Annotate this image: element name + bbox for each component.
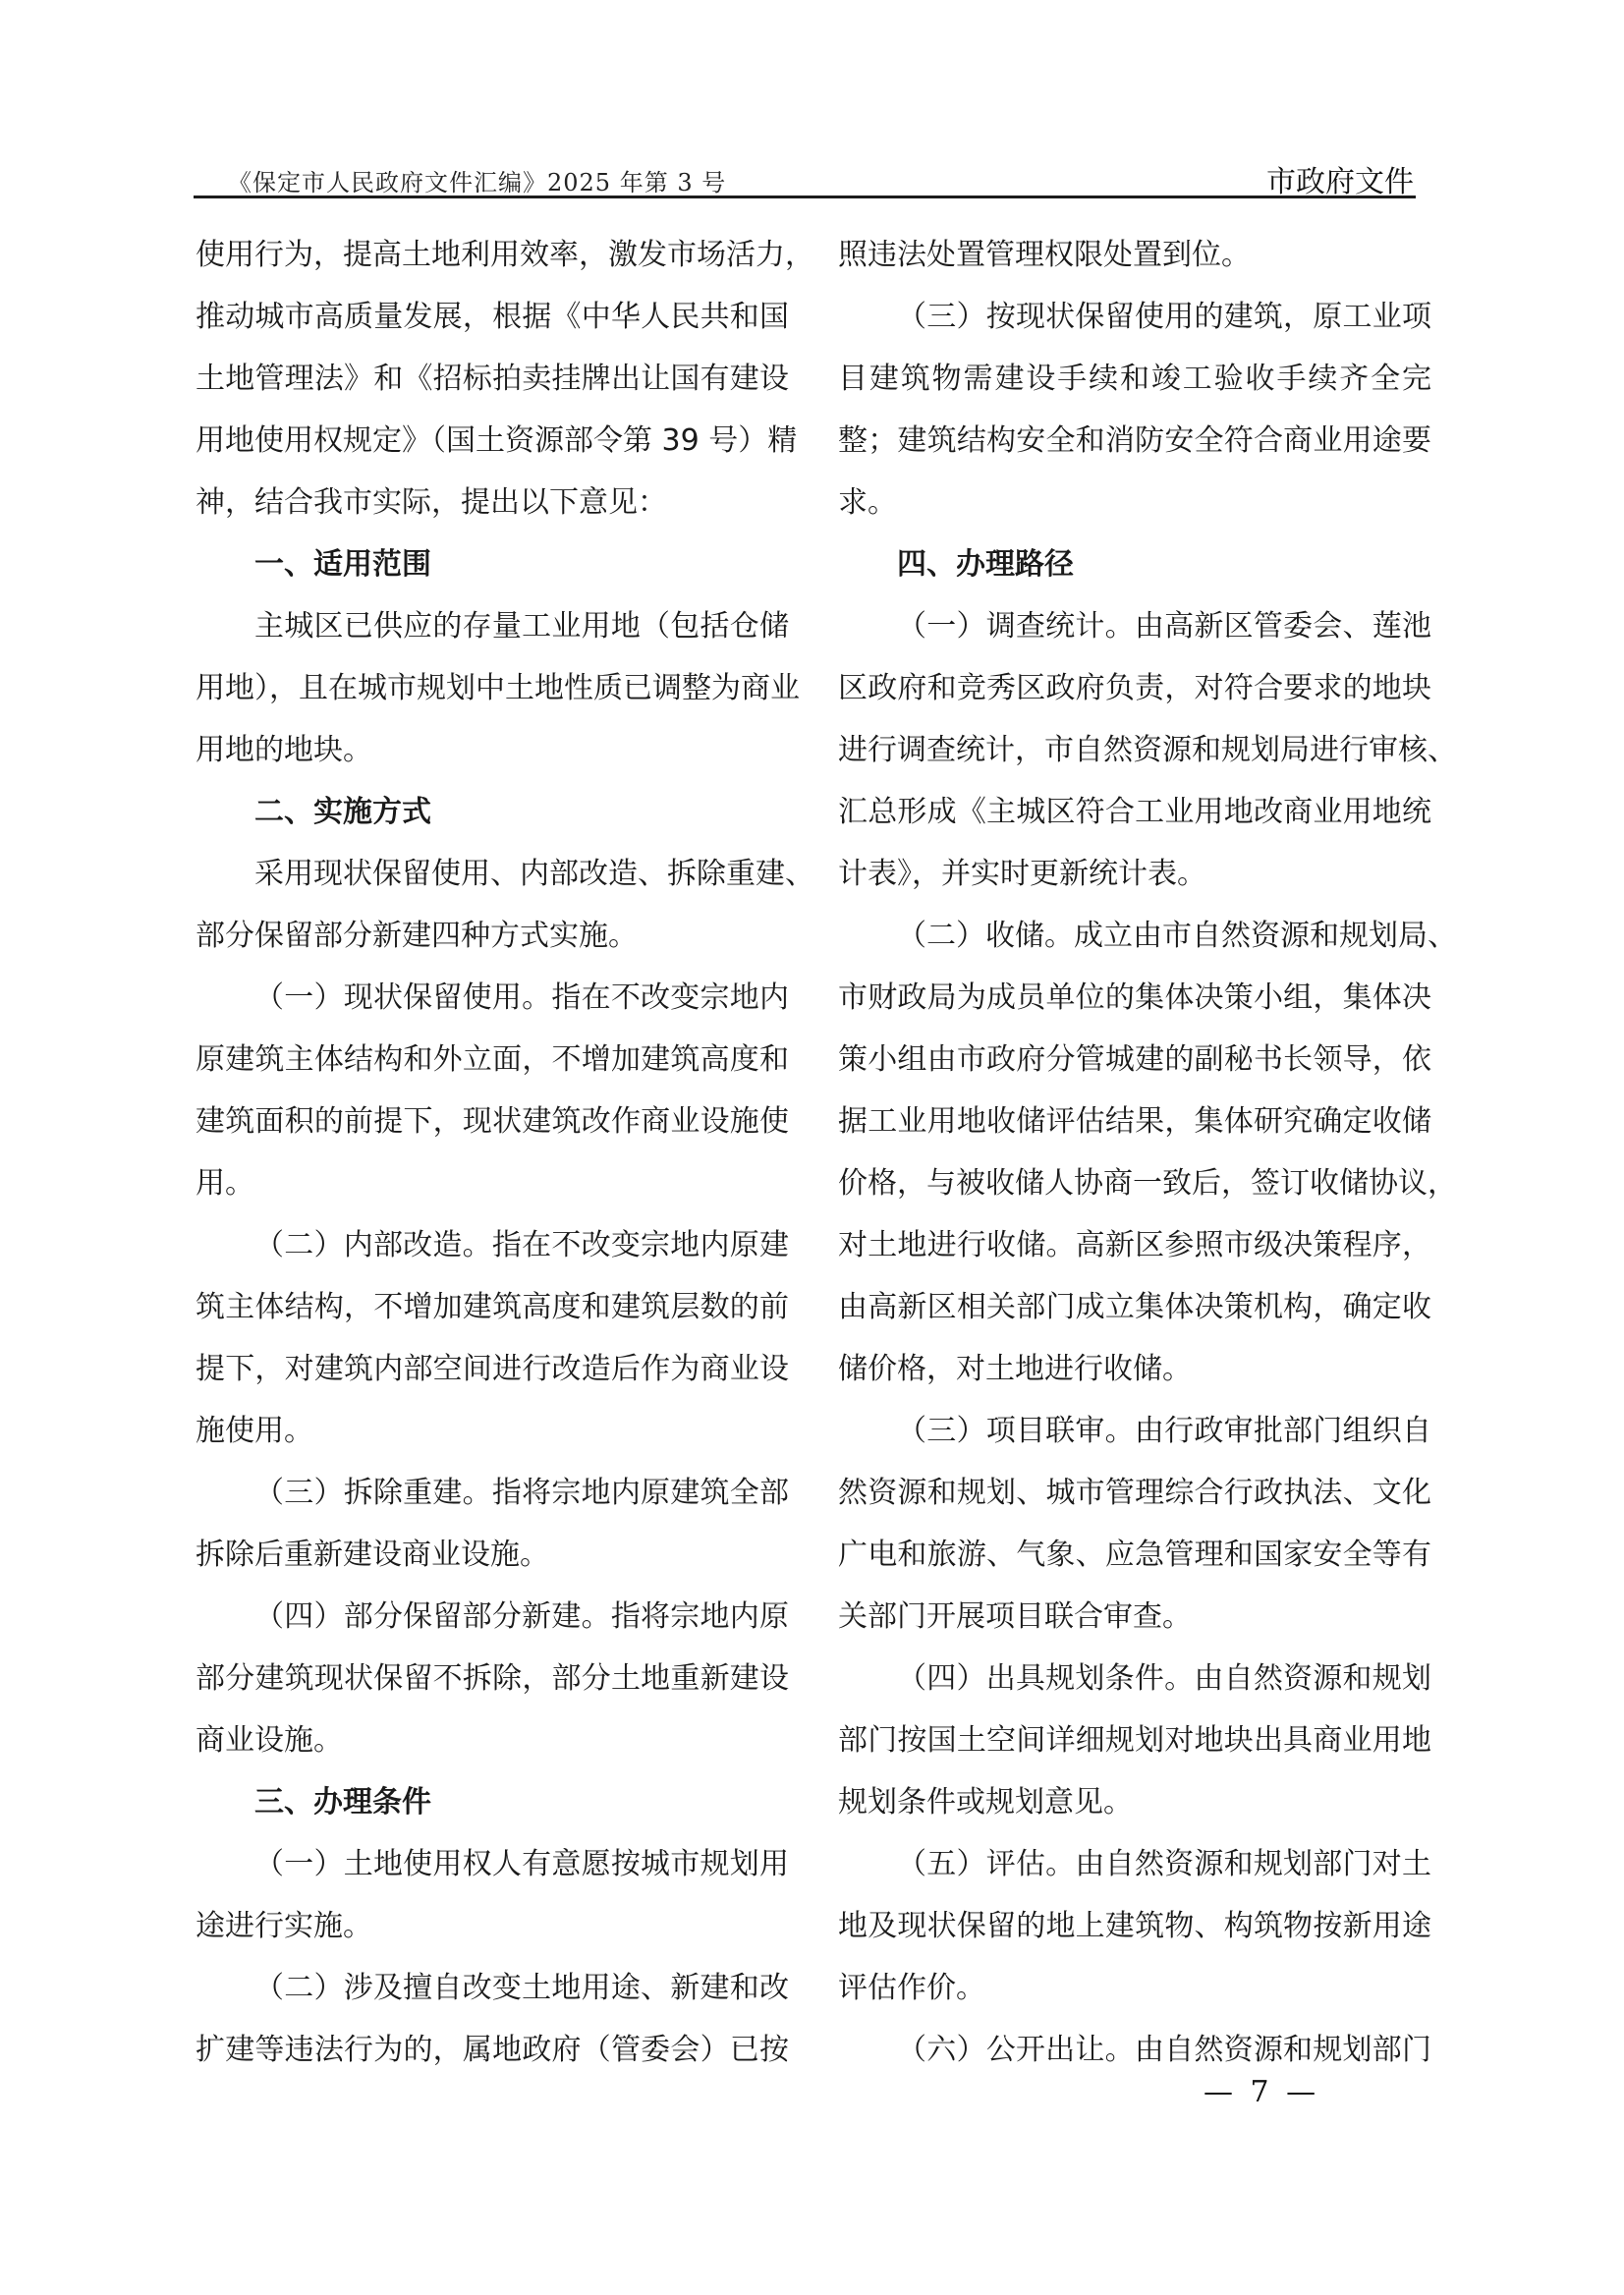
text-line: 策小组由市政府分管城建的副秘书长领导，依 xyxy=(838,1029,1431,1091)
text-line: 土地管理法》和《招标拍卖挂牌出让国有建设 xyxy=(196,348,789,410)
section-heading: 一、适用范围 xyxy=(196,533,789,595)
section-heading: 四、办理路径 xyxy=(838,533,1431,595)
text-line: 原建筑主体结构和外立面，不增加建筑高度和 xyxy=(196,1029,789,1091)
paragraph-last-line: 计表》，并实时更新统计表。 xyxy=(838,843,1431,905)
paragraph-first-line: （六）公开出让。由自然资源和规划部门 xyxy=(838,2019,1431,2081)
text-line: 地及现状保留的地上建筑物、构筑物按新用途 xyxy=(838,1895,1431,1957)
text-line: 用地使用权规定》（国土资源部令第 39 号）精 xyxy=(196,410,789,472)
paragraph-last-line: 评估作价。 xyxy=(838,1957,1431,2019)
paragraph-first-line: （五）评估。由自然资源和规划部门对土 xyxy=(838,1833,1431,1895)
paragraph-last-line: 用。 xyxy=(196,1152,789,1214)
paragraph-last-line: 施使用。 xyxy=(196,1400,789,1462)
text-line: 整；建筑结构安全和消防安全符合商业用途要 xyxy=(838,410,1431,472)
text-line: 由高新区相关部门成立集体决策机构，确定收 xyxy=(838,1276,1431,1338)
text-line: 提下，对建筑内部空间进行改造后作为商业设 xyxy=(196,1338,789,1400)
text-line: 汇总形成《主城区符合工业用地改商业用地统 xyxy=(838,781,1431,843)
paragraph-last-line: 神，结合我市实际，提出以下意见： xyxy=(196,472,789,533)
paragraph-last-line: 部分保留部分新建四种方式实施。 xyxy=(196,905,789,967)
paragraph-first-line: （一）土地使用权人有意愿按城市规划用 xyxy=(196,1833,789,1895)
text-line: 建筑面积的前提下，现状建筑改作商业设施使 xyxy=(196,1091,789,1152)
paragraph-first-line: （四）部分保留部分新建。指将宗地内原 xyxy=(196,1586,789,1648)
text-line: 价格，与被收储人协商一致后，签订收储协议， xyxy=(838,1152,1431,1214)
paragraph-first-line: （一）调查统计。由高新区管委会、莲池 xyxy=(838,595,1431,657)
section-heading: 三、办理条件 xyxy=(196,1771,789,1833)
right-text-column: 照违法处置管理权限处置到位。（三）按现状保留使用的建筑，原工业项目建筑物需建设手… xyxy=(838,224,1431,2081)
text-line: 用地），且在城市规划中土地性质已调整为商业 xyxy=(196,657,789,719)
text-line: 市财政局为成员单位的集体决策小组，集体决 xyxy=(838,967,1431,1029)
text-line: 然资源和规划、城市管理综合行政执法、文化 xyxy=(838,1462,1431,1524)
text-line: 部门按国土空间详细规划对地块出具商业用地 xyxy=(838,1709,1431,1771)
paragraph-first-line: （三）按现状保留使用的建筑，原工业项 xyxy=(838,286,1431,348)
paragraph-first-line: （二）内部改造。指在不改变宗地内原建 xyxy=(196,1214,789,1276)
text-line: 使用行为，提高土地利用效率，激发市场活力， xyxy=(196,224,789,286)
section-label: 市政府文件 xyxy=(1266,157,1414,200)
left-text-column: 使用行为，提高土地利用效率，激发市场活力，推动城市高质量发展，根据《中华人民共和… xyxy=(196,224,789,2081)
header-divider xyxy=(194,196,1416,198)
paragraph-first-line: 采用现状保留使用、内部改造、拆除重建、 xyxy=(196,843,789,905)
publication-title: 《保定市人民政府文件汇编》2025 年第 3 号 xyxy=(228,163,726,197)
section-heading: 二、实施方式 xyxy=(196,781,789,843)
text-line: 筑主体结构，不增加建筑高度和建筑层数的前 xyxy=(196,1276,789,1338)
text-line: 进行调查统计，市自然资源和规划局进行审核、 xyxy=(838,719,1431,781)
text-line: 广电和旅游、气象、应急管理和国家安全等有 xyxy=(838,1524,1431,1586)
paragraph-first-line: （二）收储。成立由市自然资源和规划局、 xyxy=(838,905,1431,967)
paragraph-last-line: 关部门开展项目联合审查。 xyxy=(838,1586,1431,1648)
paragraph-last-line: 求。 xyxy=(838,472,1431,533)
paragraph-last-line: 拆除后重新建设商业设施。 xyxy=(196,1524,789,1586)
paragraph-last-line: 规划条件或规划意见。 xyxy=(838,1771,1431,1833)
paragraph-last-line: 途进行实施。 xyxy=(196,1895,789,1957)
text-line: 据工业用地收储评估结果，集体研究确定收储 xyxy=(838,1091,1431,1152)
paragraph-first-line: （三）拆除重建。指将宗地内原建筑全部 xyxy=(196,1462,789,1524)
paragraph-first-line: （四）出具规划条件。由自然资源和规划 xyxy=(838,1648,1431,1709)
paragraph-first-line: 主城区已供应的存量工业用地（包括仓储 xyxy=(196,595,789,657)
page-header: 《保定市人民政府文件汇编》2025 年第 3 号 市政府文件 xyxy=(194,155,1416,198)
paragraph-last-line: 储价格，对土地进行收储。 xyxy=(838,1338,1431,1400)
text-line: 部分建筑现状保留不拆除，部分土地重新建设 xyxy=(196,1648,789,1709)
paragraph-first-line: （一）现状保留使用。指在不改变宗地内 xyxy=(196,967,789,1029)
paragraph-last-line: 照违法处置管理权限处置到位。 xyxy=(838,224,1431,286)
paragraph-first-line: （二）涉及擅自改变土地用途、新建和改 xyxy=(196,1957,789,2019)
page-number: — 7 — xyxy=(1204,2075,1319,2109)
text-line: 区政府和竞秀区政府负责，对符合要求的地块 xyxy=(838,657,1431,719)
paragraph-first-line: （三）项目联审。由行政审批部门组织自 xyxy=(838,1400,1431,1462)
paragraph-last-line: 商业设施。 xyxy=(196,1709,789,1771)
text-line: 目建筑物需建设手续和竣工验收手续齐全完 xyxy=(838,348,1431,410)
text-line: 推动城市高质量发展，根据《中华人民共和国 xyxy=(196,286,789,348)
text-line: 扩建等违法行为的，属地政府（管委会）已按 xyxy=(196,2019,789,2081)
paragraph-last-line: 用地的地块。 xyxy=(196,719,789,781)
text-line: 对土地进行收储。高新区参照市级决策程序， xyxy=(838,1214,1431,1276)
